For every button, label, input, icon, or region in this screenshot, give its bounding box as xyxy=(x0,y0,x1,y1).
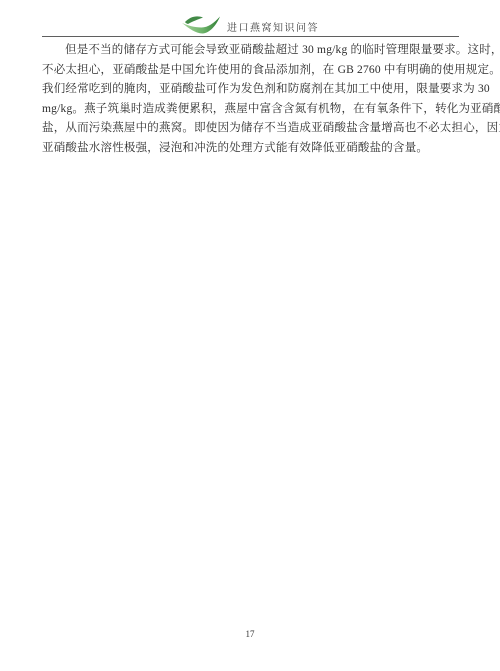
document-page: 进口燕窝知识问答 但是不当的储存方式可能会导致亚硝酸盐超过 30 mg/kg 的… xyxy=(0,0,500,671)
page-title: 进口燕窝知识问答 xyxy=(227,19,319,36)
green-swoosh-leaf-logo xyxy=(181,14,221,36)
paragraph-line: 盐，从而污染燕屋中的燕窝。即使因为储存不当造成亚硝酸盐含量增高也不必太担心，因为 xyxy=(42,119,459,139)
page-header: 进口燕窝知识问答 xyxy=(0,12,500,36)
paragraph-line: mg/kg。燕子筑巢时造成粪便累积，燕屋中富含含氮有机物，在有氧条件下，转化为亚… xyxy=(42,100,459,120)
header-divider xyxy=(42,36,459,37)
paragraph: 但是不当的储存方式可能会导致亚硝酸盐超过 30 mg/kg 的临时管理限量要求。… xyxy=(42,41,459,159)
paragraph-line: 但是不当的储存方式可能会导致亚硝酸盐超过 30 mg/kg 的临时管理限量要求。… xyxy=(42,41,459,61)
page-number: 17 xyxy=(0,629,500,639)
paragraph-line: 我们经常吃到的腌肉，亚硝酸盐可作为发色剂和防腐剂在其加工中使用，限量要求为 30 xyxy=(42,80,459,100)
paragraph-line: 亚硝酸盐水溶性极强，浸泡和冲洗的处理方式能有效降低亚硝酸盐的含量。 xyxy=(42,139,459,159)
paragraph-line: 不必太担心，亚硝酸盐是中国允许使用的食品添加剂，在 GB 2760 中有明确的使… xyxy=(42,61,459,81)
